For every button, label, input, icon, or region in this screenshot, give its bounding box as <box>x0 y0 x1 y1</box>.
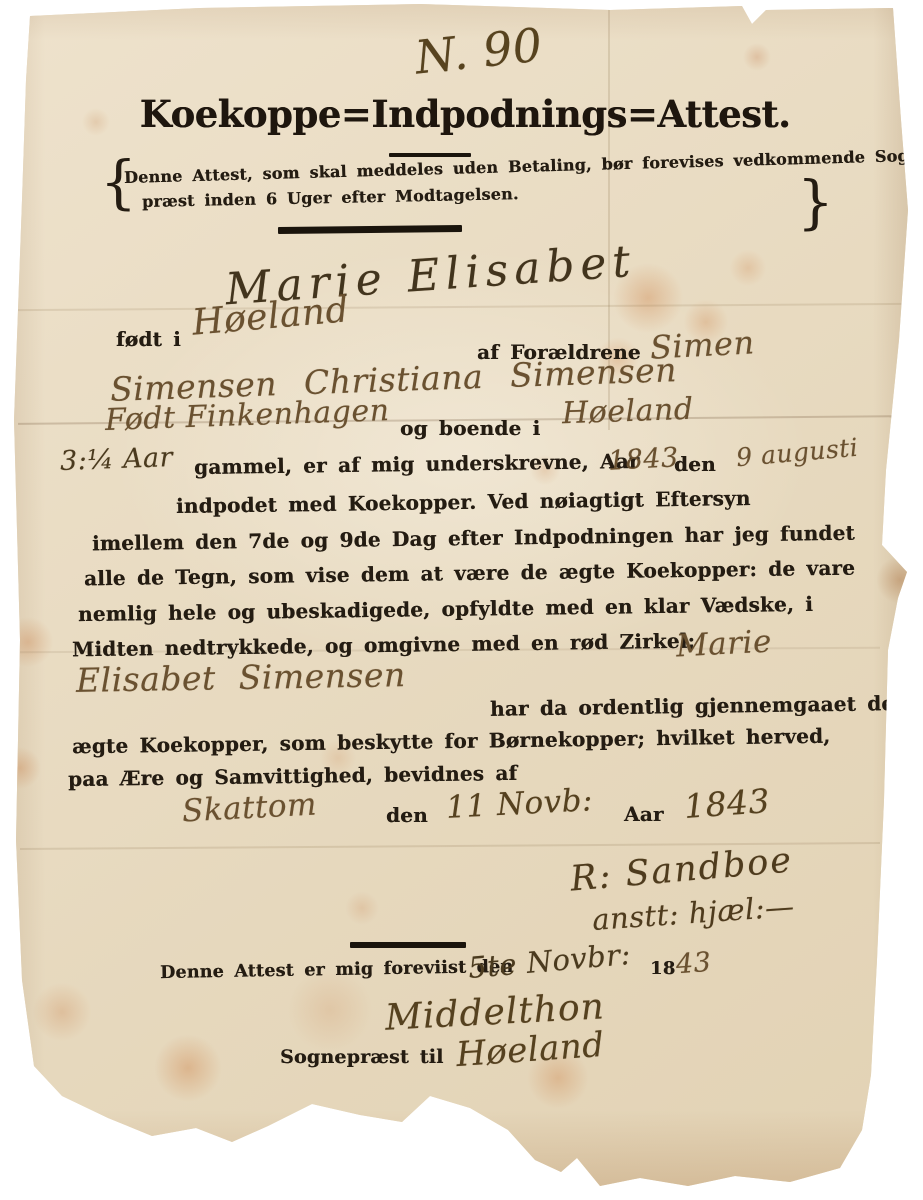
body-line-3: alle de Tegn, som vise dem at være de æg… <box>84 556 855 591</box>
den-label-2: den <box>386 803 428 827</box>
residing-label: og boende i <box>400 416 540 440</box>
presented-date-entry: 5te Novbr: <box>467 937 632 985</box>
body2-line-3: paa Ære og Samvittighed, bevidnes af <box>68 761 518 791</box>
place-entry: Skattom <box>181 786 318 829</box>
vaccinator-title: anstt: hjæl:— <box>591 889 796 937</box>
priest-label: Sognepræst til <box>280 1046 444 1068</box>
year-prefix-print: 18 <box>650 958 675 979</box>
notice-line-2: præst inden 6 Uger efter Modtagelsen. <box>142 184 519 211</box>
horizontal-fold-crease <box>18 303 902 311</box>
age-print-text: gammel, er af mig underskrevne, Aar <box>194 449 640 479</box>
residence-entry: Høeland <box>561 392 694 432</box>
attest-year-entry: 1843 <box>683 781 771 826</box>
title-underline <box>389 153 471 157</box>
year-suffix-entry: 43 <box>675 947 712 980</box>
body-line-1: indpodet med Koekopper. Ved nøiagtigt Ef… <box>176 486 751 518</box>
vaccination-date-entry: 9 augusti <box>735 433 859 473</box>
certificate-paper: N. 90 Koekoppe=Indpodnings=Attest. { } D… <box>0 0 923 1200</box>
den-label: den <box>674 452 716 476</box>
body2-line-1: har da ordentlig gjennemgaaet de <box>490 691 895 721</box>
age-entry: 3:¼ Aar <box>59 442 173 477</box>
aar-label: Aar <box>624 802 664 826</box>
section-divider <box>278 225 462 234</box>
attest-date-entry: 11 Novb: <box>445 782 594 826</box>
name-repeat-rest: Elisabet Simensen <box>76 655 406 700</box>
footer-divider <box>350 942 466 948</box>
document-title: Koekoppe=Indpodnings=Attest. <box>105 92 825 136</box>
name-repeat-first: Marie <box>675 624 773 665</box>
closing-brace: } <box>797 168 834 236</box>
body-line-2: imellem den 7de og 9de Dag efter Indpodn… <box>92 521 855 556</box>
certificate-number: N. 90 <box>413 17 546 84</box>
body2-line-2: ægte Koekopper, som beskytte for Børneko… <box>72 724 831 759</box>
birthplace-entry: Høeland <box>191 289 351 344</box>
vaccination-year-entry: 1843 <box>607 442 679 477</box>
presented-label: Denne Attest er mig foreviist den <box>160 957 514 983</box>
body-line-4: nemlig hele og ubeskadigede, opfyldte me… <box>78 592 813 626</box>
born-in-label: født i <box>116 327 181 351</box>
